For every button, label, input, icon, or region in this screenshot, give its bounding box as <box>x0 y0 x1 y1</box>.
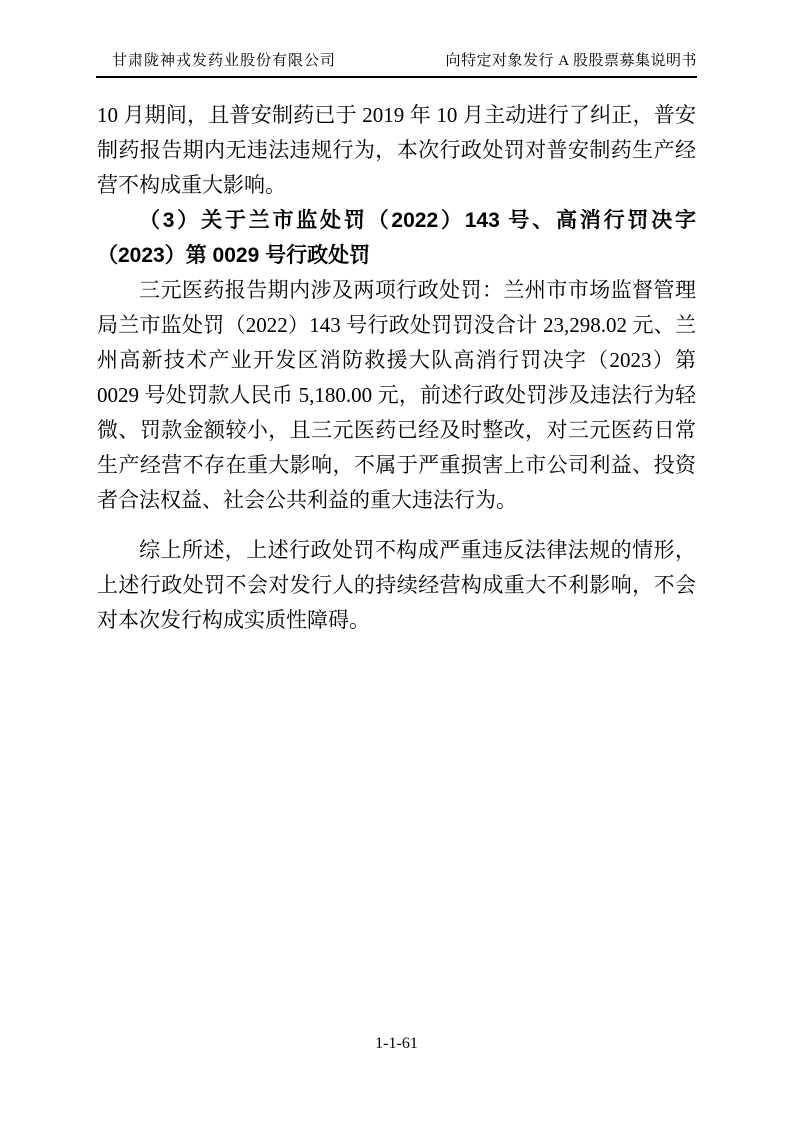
document-page: 甘肃陇神戎发药业股份有限公司 向特定对象发行 A 股股票募集说明书 10 月期间… <box>0 0 793 1122</box>
paragraph-conclusion: 综上所述，上述行政处罚不构成严重违反法律法规的情形，上述行政处罚不会对发行人的持… <box>97 533 696 638</box>
document-body: 10 月期间，且普安制药已于 2019 年 10 月主动进行了纠正，普安制药报告… <box>97 98 696 638</box>
page-footer: 1-1-61 <box>0 1034 793 1054</box>
header-document-title: 向特定对象发行 A 股股票募集说明书 <box>445 52 697 71</box>
paragraph-continuation: 10 月期间，且普安制药已于 2019 年 10 月主动进行了纠正，普安制药报告… <box>97 98 696 203</box>
section-heading: （3）关于兰市监处罚（2022）143 号、高消行罚决字（2023）第 0029… <box>97 203 696 273</box>
paragraph-penalties: 三元医药报告期内涉及两项行政处罚：兰州市市场监督管理局兰市监处罚（2022）14… <box>97 273 696 518</box>
page-header: 甘肃陇神戎发药业股份有限公司 向特定对象发行 A 股股票募集说明书 <box>96 52 697 78</box>
header-company-name: 甘肃陇神戎发药业股份有限公司 <box>96 52 336 71</box>
page-number: 1-1-61 <box>375 1035 418 1052</box>
